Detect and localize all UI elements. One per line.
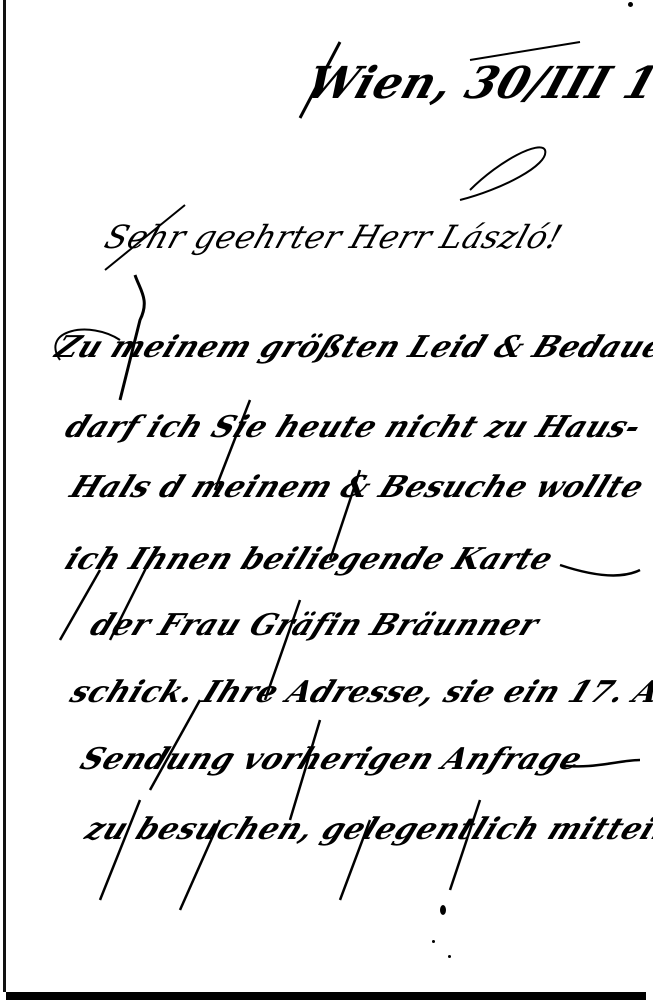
ink-speck: [628, 2, 633, 7]
letter-body-line-1: Zu meinem größten Leid & Bedauern: [50, 330, 653, 365]
page-left-edge: [3, 0, 6, 992]
letter-body-line-5: der Frau Gräfin Bräunner: [85, 608, 544, 643]
letter-body-line-8: zu besuchen, gelegentlich mitteil.: [80, 812, 653, 847]
scan-bottom-edge: [6, 992, 646, 1000]
ink-speck: [432, 940, 435, 943]
letter-page: Wien, 30/III 1899. Sehr geehrter Herr Lá…: [0, 0, 653, 1000]
letter-salutation: Sehr geehrter Herr László!: [100, 218, 567, 256]
letter-body-line-6: schick. Ihre Adresse, sie ein 17. Ab-: [65, 675, 653, 710]
letter-body-line-4: ich Ihnen beiliegende Karte: [60, 542, 559, 577]
ink-speck: [440, 905, 446, 915]
letter-date: Wien, 30/III 1899.: [300, 58, 653, 109]
ink-speck: [448, 955, 451, 958]
letter-body-line-7: Sendung vorherigen Anfrage: [75, 742, 588, 777]
letter-body-line-3: Hals d meinem & Besuche wollte: [65, 470, 649, 505]
letter-body-line-2: darf ich Sie heute nicht zu Haus-: [60, 410, 647, 445]
